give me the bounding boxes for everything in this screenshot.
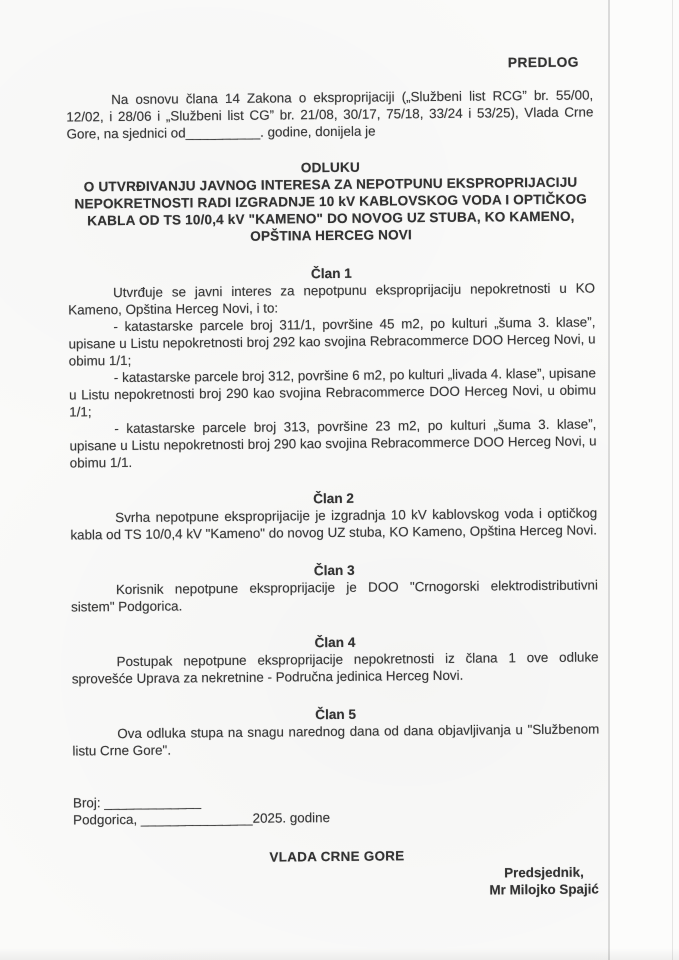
article-5-paragraph: Ova odluka stupa na snagu narednog dana …	[72, 720, 599, 759]
footer-number-block: Broj: _____________ Podgorica, _________…	[73, 789, 600, 828]
article-2-paragraph: Svrha nepotpune eksproprijacije je izgra…	[70, 504, 597, 543]
president-title: Predsjednik,	[489, 863, 599, 881]
article-1-item: - katastarske parcele broj 312, površine…	[69, 364, 596, 420]
article-1: Član 1 Utvrđuje se javni interes za nepo…	[68, 262, 597, 471]
article-5: Član 5 Ova odluka stupa na snagu naredno…	[72, 703, 599, 759]
article-3-paragraph: Korisnik nepotpune eksproprijacije je DO…	[71, 576, 598, 615]
article-3: Član 3 Korisnik nepotpune eksproprijacij…	[71, 559, 598, 615]
decision-title-text: O UTVRĐIVANJU JAVNOG INTERESA ZA NEPOTPU…	[67, 173, 595, 246]
article-4: Član 4 Postupak nepotpune eksproprijacij…	[71, 631, 598, 687]
footer-place-date-line: Podgorica, _______________2025. godine	[73, 806, 600, 828]
article-4-paragraph: Postupak nepotpune eksproprijacije nepok…	[72, 648, 599, 687]
scan-margin-strip	[610, 0, 679, 960]
article-2: Član 2 Svrha nepotpune eksproprijacije j…	[70, 487, 597, 543]
scan-page-edge-line-outer	[672, 0, 673, 960]
decision-title: ODLUKU O UTVRĐIVANJU JAVNOG INTERESA ZA …	[67, 156, 595, 246]
president-name: Mr Milojko Spajić	[489, 880, 599, 898]
document-content: PREDLOG Na osnovu člana 14 Zakona o eksp…	[66, 53, 601, 930]
article-1-paragraph: Utvrđuje se javni interes za nepotpunu e…	[68, 279, 595, 318]
article-1-item: - katastarske parcele broj 311/1, površi…	[68, 313, 595, 369]
scan-page-edge-line	[608, 0, 610, 960]
signature-area: VLADA CRNE GORE Predsjednik, Mr Milojko …	[73, 835, 601, 930]
intro-paragraph: Na osnovu člana 14 Zakona o eksproprijac…	[66, 86, 593, 142]
government-label: VLADA CRNE GORE	[73, 835, 600, 867]
president-signature-block: Predsjednik, Mr Milojko Spajić	[489, 863, 599, 898]
document-label: PREDLOG	[66, 54, 579, 76]
scan-bottom-shadow	[0, 948, 679, 960]
article-1-item: - katastarske parcele broj 313, površine…	[69, 415, 596, 471]
